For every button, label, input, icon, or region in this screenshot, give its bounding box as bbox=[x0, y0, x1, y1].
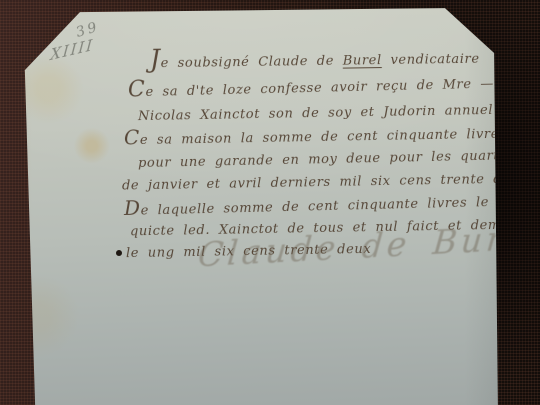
pencil-annotation-roman: XIIII bbox=[50, 36, 95, 65]
ink-dot bbox=[116, 250, 122, 256]
line1-underlined-name: Burel bbox=[343, 53, 382, 69]
manuscript-line-1: Je soubsigné Claude de Burel vendicatair… bbox=[150, 50, 480, 72]
manuscript-line-4: Ce sa maison la somme de cent cinquante … bbox=[124, 126, 507, 149]
manuscript-paper: 39 XIIII Je soubsigné Claude de Burel ve… bbox=[0, 0, 540, 405]
manuscript-line-2: Ce sa d'te loze confesse avoir reçu de M… bbox=[128, 77, 494, 101]
line1-post: vendicataire bbox=[382, 52, 480, 68]
photo-background: 39 XIIII Je soubsigné Claude de Burel ve… bbox=[0, 0, 540, 405]
manuscript-line-6: de janvier et avril derniers mil six cen… bbox=[122, 171, 528, 193]
manuscript-line-7: De laquelle somme de cent cinquante livr… bbox=[124, 193, 533, 219]
manuscript-line-5: pour une garande en moy deue pour les qu… bbox=[138, 148, 527, 171]
manuscript-line-3: Nicolas Xainctot son de soy et Judorin a… bbox=[138, 103, 493, 124]
line1-pre: Je soubsigné Claude de bbox=[150, 54, 343, 72]
